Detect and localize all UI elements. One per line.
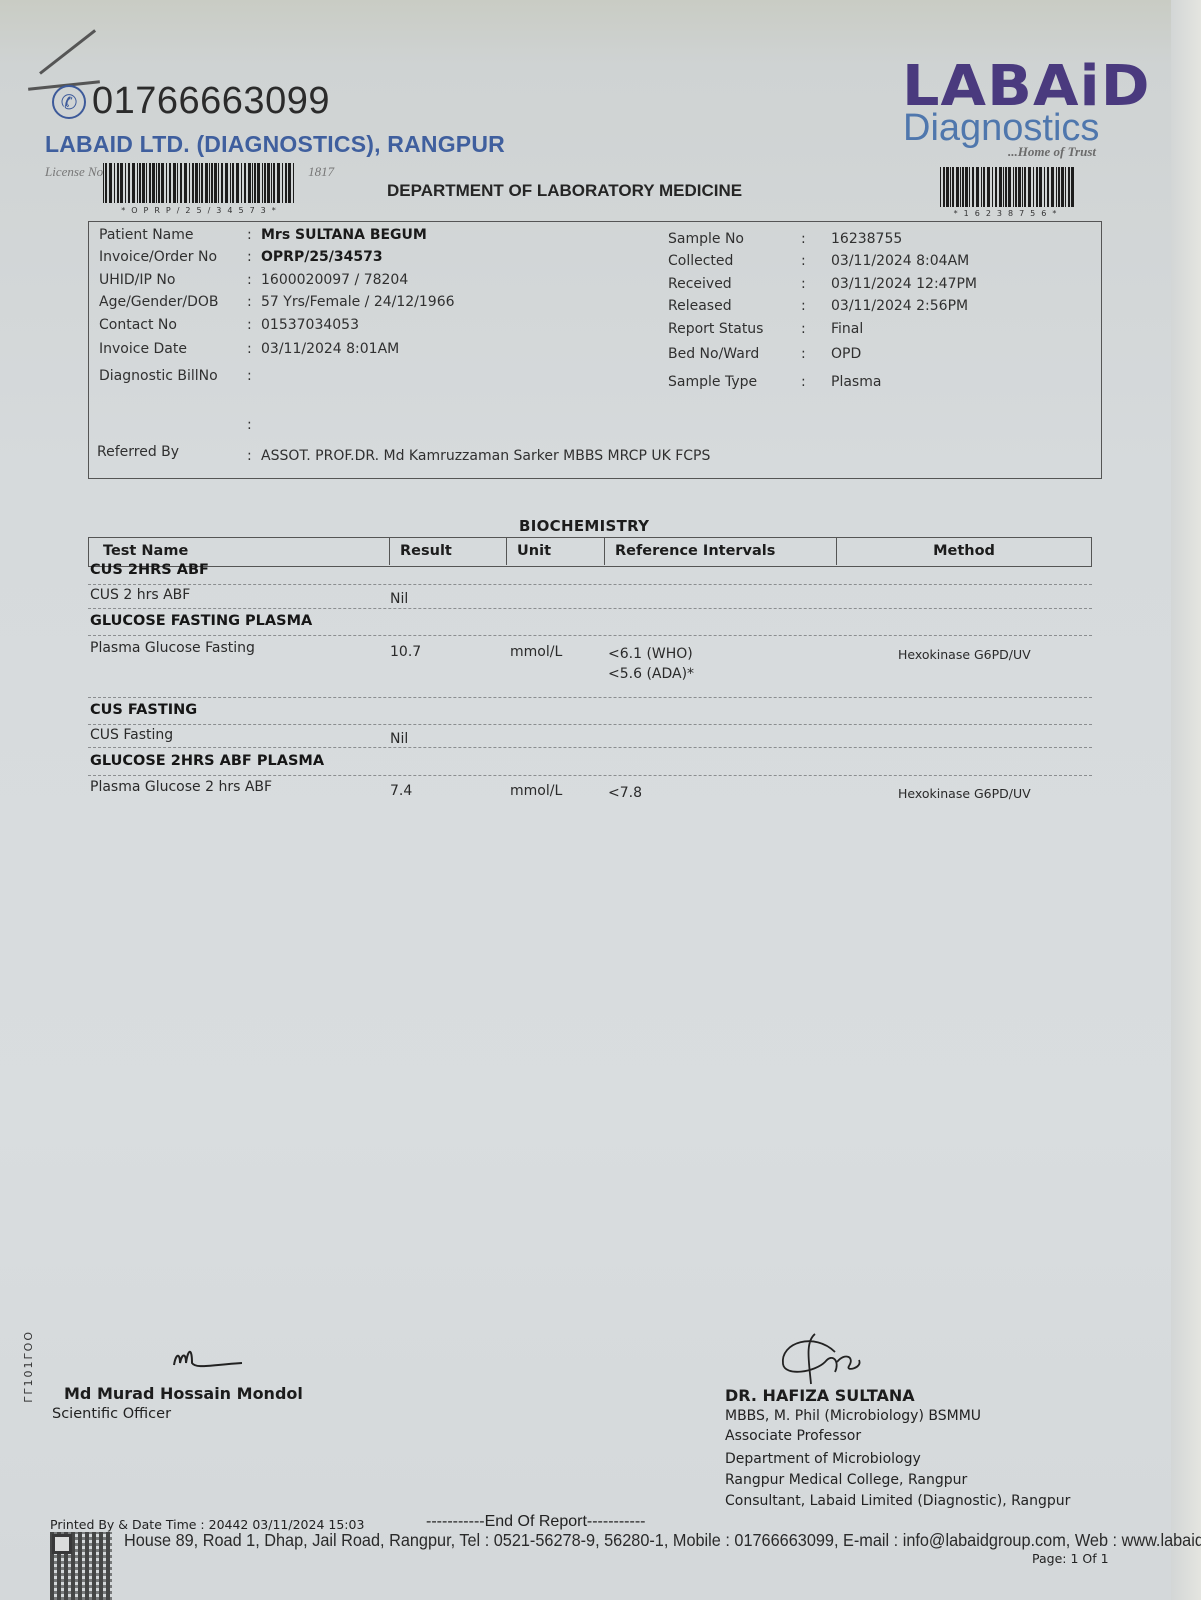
signatory-right-credential: Department of Microbiology (725, 1451, 921, 1467)
signatory-right-credential: Associate Professor (725, 1428, 861, 1444)
barcode-bar (1024, 167, 1026, 207)
barcode-bar (1008, 167, 1011, 207)
test-name: CUS 2 hrs ABF (90, 587, 190, 603)
barcode-bar (992, 167, 993, 207)
invoice-barcode (103, 163, 300, 203)
barcode-bar (218, 163, 219, 203)
header-phone: ✆ 01766663099 (52, 80, 330, 123)
barcode-bar (189, 163, 190, 203)
sample-field-label: Sample Type (668, 374, 757, 390)
barcode-bar (103, 163, 104, 203)
signatory-right-credential: Consultant, Labaid Limited (Diagnostic),… (725, 1493, 1070, 1509)
barcode-bar (285, 163, 287, 203)
signature-left (170, 1345, 250, 1375)
row-divider (88, 697, 1092, 698)
patient-field-value: Mrs SULTANA BEGUM (261, 227, 427, 243)
barcode-bar (960, 167, 961, 207)
patient-field-value: 1600020097 / 78204 (261, 272, 408, 288)
field-separator: : (801, 253, 806, 269)
field-separator: : (247, 294, 252, 310)
sample-field-value: 03/11/2024 2:56PM (831, 298, 968, 314)
barcode-bar (128, 163, 130, 203)
footer-address: House 89, Road 1, Dhap, Jail Road, Rangp… (124, 1530, 1201, 1551)
barcode-bar (1058, 167, 1060, 207)
row-divider (88, 584, 1092, 585)
patient-field-value: 57 Yrs/Female / 24/12/1966 (261, 294, 455, 310)
field-separator: : (247, 272, 252, 288)
barcode-bar (199, 163, 200, 203)
page-number: Page: 1 Of 1 (1032, 1551, 1109, 1566)
barcode-bar (1018, 167, 1021, 207)
barcode-bar (943, 167, 945, 207)
test-result: 10.7 (390, 644, 421, 660)
barcode-bar (999, 167, 1002, 207)
patient-info-box: Patient Name:Mrs SULTANA BEGUMInvoice/Or… (88, 221, 1102, 479)
barcode-bar (109, 163, 112, 203)
barcode-bar (209, 163, 210, 203)
barcode-bar (1068, 167, 1070, 207)
barcode-bar (184, 163, 187, 203)
barcode-bar (105, 163, 107, 203)
test-group-title: GLUCOSE FASTING PLASMA (90, 613, 312, 629)
barcode-bar (205, 163, 208, 203)
barcode-bar (972, 167, 974, 207)
test-unit: mmol/L (510, 783, 562, 799)
sample-field-value: Final (831, 321, 863, 337)
patient-field-label: Invoice/Order No (99, 249, 217, 265)
barcode-bar (946, 167, 949, 207)
signatory-left-name: Md Murad Hossain Mondol (64, 1384, 303, 1403)
barcode-bar (1036, 167, 1038, 207)
row-divider (88, 635, 1092, 636)
department-title: DEPARTMENT OF LABORATORY MEDICINE (387, 181, 742, 201)
test-method: Hexokinase G6PD/UV (898, 786, 1031, 801)
field-separator: : (801, 276, 806, 292)
side-margin-text: ΓΓ101ΓΟΟ (22, 1330, 35, 1403)
sample-barcode-text: *16238756* (940, 209, 1076, 218)
barcode-bar (158, 163, 160, 203)
barcode-bar (225, 163, 228, 203)
barcode-bar (956, 167, 959, 207)
referred-by-value: ASSOT. PROF.DR. Md Kamruzzaman Sarker MB… (261, 448, 710, 464)
barcode-bar (940, 167, 941, 207)
invoice-barcode-text: *OPRP/25/34573* (103, 206, 300, 215)
barcode-bar (262, 163, 263, 203)
test-name: Plasma Glucose 2 hrs ABF (90, 779, 272, 795)
barcode-bar (282, 163, 283, 203)
qr-code-icon (50, 1532, 112, 1600)
barcode-bar (241, 163, 242, 203)
reference-interval: <7.8 (608, 785, 642, 801)
results-table-header: Test NameResultUnitReference IntervalsMe… (88, 537, 1092, 567)
barcode-bar (180, 163, 182, 203)
sample-field-value: OPD (831, 346, 861, 362)
field-separator: : (247, 317, 252, 333)
reference-interval: <5.6 (ADA)* (608, 666, 694, 682)
barcode-bar (236, 163, 239, 203)
barcode-bar (969, 167, 970, 207)
sample-field-value: Plasma (831, 374, 881, 390)
end-of-report: -----------End Of Report----------- (426, 1513, 646, 1531)
signature-right (775, 1322, 885, 1392)
phone-number: 01766663099 (92, 80, 330, 123)
field-separator: : (247, 249, 252, 265)
sample-barcode (940, 167, 1076, 207)
reference-interval: <6.1 (WHO) (608, 646, 693, 662)
company-name: LABAID LTD. (DIAGNOSTICS), RANGPUR (45, 131, 505, 158)
row-divider (88, 724, 1092, 725)
signatory-right-name: DR. HAFIZA SULTANA (725, 1386, 915, 1405)
barcode-bar (1028, 167, 1031, 207)
section-title: BIOCHEMISTRY (519, 517, 649, 535)
barcode-bar (983, 167, 985, 207)
barcode-bar (950, 167, 951, 207)
barcode-bar (139, 163, 141, 203)
barcode-bar (252, 163, 253, 203)
test-group-title: CUS 2HRS ABF (90, 562, 209, 578)
column-header: Method (836, 538, 1091, 565)
sample-field-value: 03/11/2024 8:04AM (831, 253, 969, 269)
barcode-bar (230, 163, 231, 203)
test-result: Nil (390, 591, 408, 607)
sample-field-label: Received (668, 276, 732, 292)
row-divider (88, 747, 1092, 748)
sample-field-value: 03/11/2024 12:47PM (831, 276, 977, 292)
barcode-bar (125, 163, 126, 203)
field-separator: : (247, 368, 252, 384)
column-header: Result (389, 538, 506, 565)
logo-tagline: ...Home of Trust (1008, 144, 1096, 160)
barcode-bar (152, 163, 155, 203)
barcode-bar (161, 163, 164, 203)
test-result: Nil (390, 731, 408, 747)
barcode-bar (211, 163, 213, 203)
barcode-bar (1033, 167, 1034, 207)
barcode-bar (976, 167, 979, 207)
barcode-bar (1003, 167, 1004, 207)
barcode-bar (146, 163, 147, 203)
barcode-bar (177, 163, 178, 203)
barcode-bar (1013, 167, 1014, 207)
barcode-bar (120, 163, 123, 203)
row-divider (88, 608, 1092, 609)
patient-field-label: Contact No (99, 317, 177, 333)
field-separator: : (801, 374, 806, 390)
barcode-bar (1022, 167, 1023, 207)
barcode-bar (114, 163, 115, 203)
barcode-bar (1065, 167, 1066, 207)
test-name: Plasma Glucose Fasting (90, 640, 255, 656)
license-suffix: 1817 (308, 164, 334, 179)
sample-field-label: Report Status (668, 321, 763, 337)
patient-field-label: UHID/IP No (99, 272, 175, 288)
barcode-bar (1051, 167, 1054, 207)
barcode-bar (277, 163, 280, 203)
page-edge (1171, 0, 1201, 1600)
barcode-bar (271, 163, 272, 203)
barcode-bar (156, 163, 157, 203)
field-separator: : (247, 227, 252, 243)
barcode-bar (169, 163, 171, 203)
barcode-bar (142, 163, 145, 203)
barcode-bar (1044, 167, 1045, 207)
barcode-bar (962, 167, 964, 207)
barcode-bar (254, 163, 256, 203)
barcode-bar (117, 163, 119, 203)
column-header: Test Name (89, 538, 389, 565)
sample-field-label: Sample No (668, 231, 744, 247)
barcode-bar (248, 163, 251, 203)
column-header: Reference Intervals (604, 538, 836, 565)
barcode-bar (1061, 167, 1064, 207)
field-separator: : (247, 341, 252, 357)
barcode-bar (267, 163, 270, 203)
sample-field-label: Collected (668, 253, 733, 269)
referred-by-label: Referred By (97, 444, 179, 460)
column-header: Unit (506, 538, 604, 565)
field-separator: : (801, 346, 806, 362)
barcode-bar (995, 167, 997, 207)
barcode-bar (1047, 167, 1049, 207)
barcode-bar (952, 167, 954, 207)
field-separator: : (801, 231, 806, 247)
patient-field-value: OPRP/25/34573 (261, 249, 383, 265)
test-group-title: GLUCOSE 2HRS ABF PLASMA (90, 753, 324, 769)
field-separator: : (247, 448, 252, 464)
barcode-bar (273, 163, 275, 203)
sample-field-label: Bed No/Ward (668, 346, 759, 362)
test-method: Hexokinase G6PD/UV (898, 647, 1031, 662)
field-separator: : (801, 298, 806, 314)
barcode-bar (166, 163, 167, 203)
row-divider (88, 775, 1092, 776)
barcode-bar (214, 163, 217, 203)
barcode-bar (965, 167, 968, 207)
barcode-bar (149, 163, 151, 203)
license-prefix: License No (45, 164, 103, 179)
patient-field-label: Invoice Date (99, 341, 187, 357)
test-group-title: CUS FASTING (90, 702, 197, 718)
patient-field-label: Age/Gender/DOB (99, 294, 219, 310)
barcode-bar (201, 163, 203, 203)
test-name: CUS Fasting (90, 727, 173, 743)
barcode-bar (137, 163, 138, 203)
barcode-bar (1015, 167, 1017, 207)
barcode-bar (192, 163, 194, 203)
barcode-bar (232, 163, 234, 203)
signatory-right-credential: Rangpur Medical College, Rangpur (725, 1472, 967, 1488)
barcode-bar (257, 163, 260, 203)
test-result: 7.4 (390, 783, 412, 799)
signatory-right-credential: MBBS, M. Phil (Microbiology) BSMMU (725, 1408, 981, 1424)
test-unit: mmol/L (510, 644, 562, 660)
barcode-bar (173, 163, 176, 203)
barcode-bar (195, 163, 198, 203)
patient-field-value: 03/11/2024 8:01AM (261, 341, 399, 357)
phone-icon: ✆ (52, 85, 86, 119)
barcode-bar (221, 163, 223, 203)
patient-field-label: Patient Name (99, 227, 194, 243)
barcode-bar (264, 163, 266, 203)
barcode-bar (244, 163, 246, 203)
barcode-bar (987, 167, 990, 207)
sample-field-value: 16238755 (831, 231, 902, 247)
pen-mark (39, 29, 96, 74)
field-separator: : (247, 417, 252, 433)
barcode-bar (288, 163, 291, 203)
signatory-left-title: Scientific Officer (52, 1406, 171, 1422)
barcode-bar (132, 163, 135, 203)
patient-field-value: 01537034053 (261, 317, 359, 333)
barcode-bar (1005, 167, 1007, 207)
barcode-bar (1039, 167, 1042, 207)
barcode-bar (1056, 167, 1057, 207)
barcode-bar (981, 167, 982, 207)
barcode-bar (1071, 167, 1074, 207)
barcode-bar (293, 163, 294, 203)
sample-field-label: Released (668, 298, 732, 314)
field-separator: : (801, 321, 806, 337)
patient-field-label: Diagnostic BillNo (99, 368, 218, 384)
